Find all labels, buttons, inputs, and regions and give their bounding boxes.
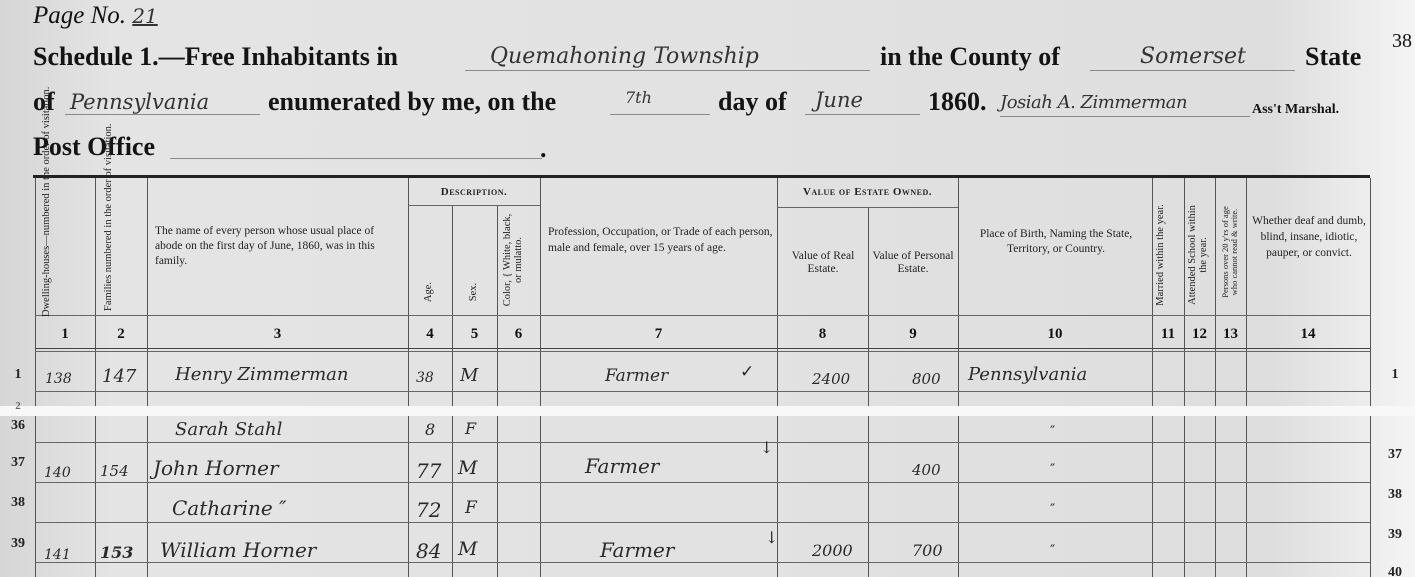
- col-13-header: Persons over 20 y'rs of age who cannot r…: [1221, 198, 1245, 306]
- sex: F: [465, 498, 477, 518]
- census-page: Page No. 21 38 Schedule 1.—Free Inhabita…: [0, 0, 1415, 577]
- month-value: June: [815, 88, 863, 112]
- sex: M: [458, 457, 477, 479]
- county-label: in the County of: [880, 42, 1060, 72]
- check-mark: ↓: [765, 528, 778, 547]
- col-12-number: 12: [1184, 326, 1215, 343]
- col-4-number: 4: [408, 326, 452, 343]
- dwelling-number: 140: [44, 465, 71, 481]
- col-6-number: 6: [497, 326, 540, 343]
- col-3-number: 3: [147, 326, 408, 343]
- occupation: Farmer: [585, 454, 659, 478]
- col-5-number: 5: [452, 326, 497, 343]
- state-label: State: [1305, 42, 1361, 72]
- person-name: Sarah Stahl: [175, 419, 282, 440]
- post-office-period: .: [540, 134, 547, 164]
- col-14-header: Whether deaf and dumb, blind, insane, id…: [1252, 213, 1366, 261]
- col-1-number: 1: [35, 326, 95, 343]
- col-6-header: Color, { White, black, or mulatto.: [502, 210, 534, 310]
- person-name: Henry Zimmerman: [175, 364, 349, 385]
- check-mark: ✓: [740, 362, 754, 382]
- age: 77: [416, 459, 441, 483]
- col-8-header: Value of Real Estate.: [782, 250, 864, 276]
- line-number: 36: [3, 418, 33, 434]
- birthplace: ″: [1050, 424, 1055, 440]
- sex: M: [460, 365, 478, 386]
- page-number: 21: [132, 4, 157, 28]
- page-label: Page No.: [33, 2, 126, 29]
- col-2-header: Families numbered in the order of visita…: [103, 191, 139, 311]
- state-value: Pennsylvania: [70, 90, 209, 114]
- col-3-header: The name of every person whose usual pla…: [155, 224, 400, 269]
- line-number-right: 39: [1380, 527, 1410, 543]
- col-11-number: 11: [1152, 326, 1184, 343]
- dwelling-number: 138: [45, 371, 72, 387]
- line-number-right: 40: [1380, 565, 1410, 577]
- col-1-header: Dwelling-houses—numbered in the order of…: [41, 197, 89, 317]
- description-group-header: Description.: [408, 186, 540, 199]
- personal-estate-value: 700: [912, 541, 943, 560]
- line-number-right: 38: [1380, 487, 1410, 503]
- township-value: Quemahoning Township: [490, 44, 759, 69]
- family-number: 153: [100, 543, 133, 562]
- col-2-number: 2: [95, 326, 147, 343]
- col-9-header: Value of Personal Estate.: [872, 250, 954, 276]
- personal-estate-value: 400: [912, 461, 941, 479]
- line-number-right: 1: [1380, 367, 1410, 383]
- col-13-number: 13: [1215, 326, 1246, 343]
- age: 84: [416, 539, 441, 563]
- page-number-label: Page No. 21: [33, 2, 158, 30]
- occupation: Farmer: [605, 366, 668, 386]
- col-10-number: 10: [958, 326, 1152, 343]
- line-number: 38: [3, 495, 33, 511]
- family-number: 147: [102, 366, 136, 387]
- marshal-name: Josiah A. Zimmerman: [1000, 92, 1187, 113]
- county-value: Somerset: [1140, 44, 1246, 69]
- marshal-label: Ass't Marshal.: [1252, 102, 1339, 118]
- age: 72: [416, 498, 441, 522]
- birthplace: ″: [1050, 462, 1055, 478]
- age: 8: [425, 420, 435, 439]
- line-number-right: 37: [1380, 447, 1410, 463]
- estate-group-header: Value of Estate Owned.: [777, 186, 958, 199]
- col-10-header: Place of Birth, Naming the State, Territ…: [964, 227, 1148, 257]
- sex: M: [458, 538, 477, 560]
- edge-page-number: 38: [1392, 30, 1412, 53]
- family-number: 154: [100, 462, 129, 480]
- enumerated-label: enumerated by me, on the: [268, 87, 556, 117]
- col-8-number: 8: [777, 326, 868, 343]
- col-5-header: Sex.: [468, 272, 482, 312]
- check-mark: ↓: [760, 438, 773, 457]
- header-rule: [33, 175, 1370, 178]
- line-number: 1: [3, 367, 33, 383]
- day-value: 7th: [625, 88, 652, 107]
- dwelling-number: 141: [44, 547, 71, 563]
- occupation: Farmer: [600, 538, 674, 562]
- col-11-header: Married within the year.: [1155, 203, 1181, 307]
- day-of-label: day of: [718, 87, 787, 117]
- line-number-cut: 2: [3, 400, 33, 412]
- real-estate-value: 2400: [812, 370, 850, 388]
- col-4-header: Age.: [423, 272, 437, 312]
- real-estate-value: 2000: [812, 541, 853, 560]
- col-7-header: Profession, Occupation, or Trade of each…: [548, 224, 773, 256]
- line-number: 37: [3, 455, 33, 471]
- birthplace: ″: [1050, 502, 1055, 518]
- year-value: 1860.: [928, 87, 987, 117]
- sex: F: [465, 419, 476, 438]
- col-9-number: 9: [868, 326, 958, 343]
- col-14-number: 14: [1246, 326, 1370, 343]
- birthplace: ″: [1050, 543, 1055, 559]
- image-seam: [0, 406, 1415, 416]
- person-name: William Horner: [160, 538, 316, 562]
- col-12-header: Attended School within the year.: [1187, 203, 1213, 307]
- personal-estate-value: 800: [912, 370, 941, 388]
- birthplace: Pennsylvania: [968, 364, 1087, 385]
- person-name: John Horner: [153, 456, 279, 480]
- age: 38: [416, 370, 434, 386]
- col-7-number: 7: [540, 326, 777, 343]
- line-number: 39: [3, 536, 33, 552]
- person-name: Catharine ″: [172, 496, 287, 520]
- schedule-title: Schedule 1.—Free Inhabitants in: [33, 42, 398, 72]
